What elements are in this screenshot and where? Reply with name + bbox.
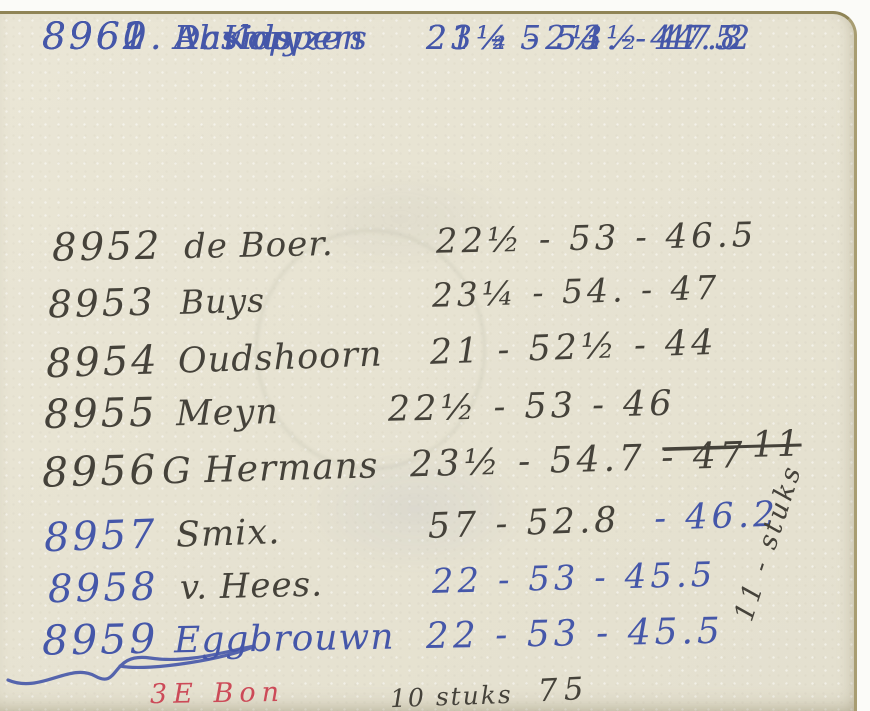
- entry-values-part1: 57 - 52.8: [427, 500, 621, 547]
- entry-values: 57 - 52.8- 46.2: [427, 494, 808, 547]
- entry-name: de Boer.: [184, 222, 437, 267]
- entry-number: 8957: [43, 511, 177, 562]
- entry-values: 22½ - 53 - 46.5: [435, 214, 808, 262]
- entry-number: 8962.: [42, 14, 174, 58]
- entry-number: 8956: [41, 445, 162, 496]
- entry-number: 8955: [43, 389, 176, 438]
- entry-number: 8959: [42, 614, 175, 664]
- entry-name: G Hermans: [161, 444, 410, 492]
- entry-name: Eggbrouwn: [174, 616, 427, 661]
- ledger-row: 8962. Davids 23½ - 53½ 47.8: [42, 14, 808, 70]
- entry-name: v. Hees.: [179, 562, 432, 608]
- entry-name: Davids: [174, 18, 426, 57]
- entry-values: 22½ - 53 - 46: [388, 381, 809, 430]
- entry-values: 21 - 52½ - 44: [429, 320, 808, 373]
- entry-number: 8958: [47, 564, 180, 612]
- entry-values: 23¼ - 54. - 47: [431, 265, 808, 314]
- ledger-row: 8959 Eggbrouwn 22 - 53 - 45.5: [42, 603, 809, 672]
- entry-name: Smix.: [175, 507, 428, 556]
- entry-number: 8954: [45, 337, 179, 388]
- entry-name: Buys: [179, 276, 432, 322]
- entry-name: Oudshoorn: [177, 333, 430, 382]
- footer-bon-note: 3E Bon: [150, 677, 285, 710]
- entry-number: 8953: [47, 279, 180, 327]
- entry-values: 23½ - 53½ 47.8: [426, 18, 808, 57]
- footer-stuks-note: 10 stuks: [390, 680, 514, 711]
- footer-total: 75: [537, 671, 590, 710]
- paper-card: 8952 de Boer. 22½ - 53 - 46.5 8953 Buys …: [0, 11, 857, 711]
- entry-name: Meyn: [176, 390, 389, 434]
- entry-number: 8952: [51, 223, 184, 271]
